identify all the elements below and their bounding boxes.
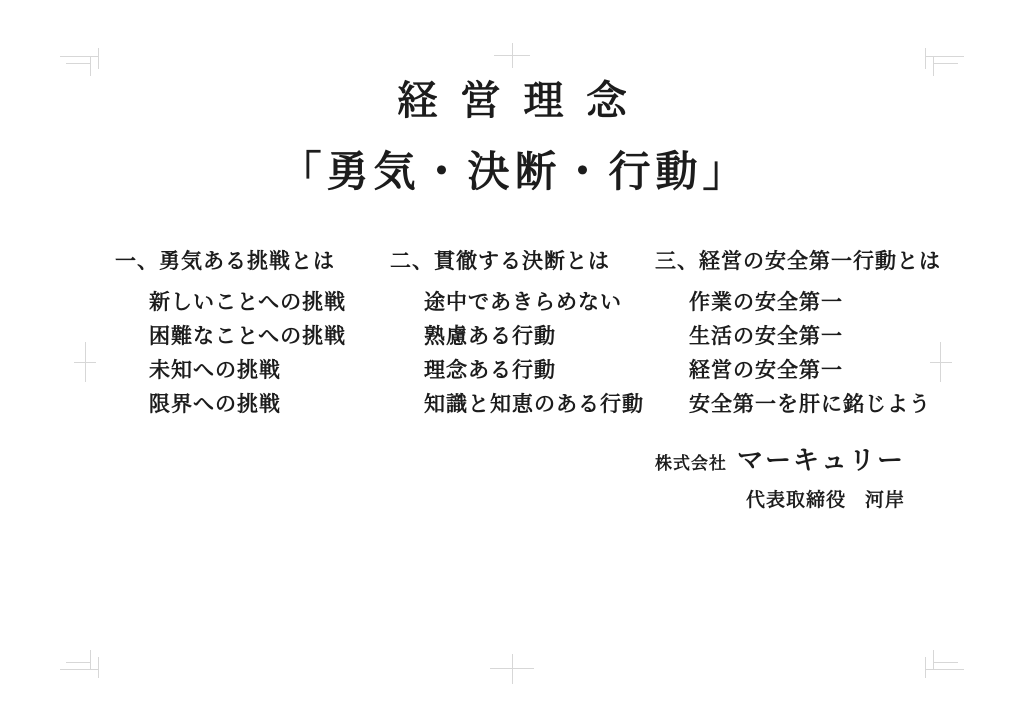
- section-number: 三、: [655, 249, 699, 273]
- section-item: 経営の安全第一: [655, 360, 941, 381]
- section-heading: 一、勇気ある挑戦とは: [115, 250, 346, 272]
- document-page: 経営理念 「勇気・決断・行動」 一、勇気ある挑戦とは 新しいことへの挑戦 困難な…: [0, 0, 1024, 724]
- section-courage: 一、勇気ある挑戦とは 新しいことへの挑戦 困難なことへの挑戦 未知への挑戦 限界…: [115, 250, 346, 415]
- section-item: 限界への挑戦: [115, 394, 346, 415]
- trim-mark-left-center: [74, 342, 98, 382]
- section-item: 理念ある行動: [390, 360, 644, 381]
- company-name: マーキュリー: [737, 440, 905, 477]
- section-item: 途中であきらめない: [390, 292, 644, 313]
- section-decision: 二、貫徹する決断とは 途中であきらめない 熟慮ある行動 理念ある行動 知識と知恵…: [390, 250, 644, 415]
- representative-name: 河岸: [865, 490, 905, 511]
- section-number: 一、: [115, 249, 159, 273]
- motto-line: 「勇気・決断・行動」: [0, 146, 1024, 200]
- trim-mark-bottom-left: [60, 650, 100, 678]
- company-prefix: 株式会社: [655, 449, 727, 474]
- trim-mark-bottom-right: [924, 650, 964, 678]
- section-safety: 三、経営の安全第一行動とは 作業の安全第一 生活の安全第一 経営の安全第一 安全…: [655, 250, 941, 415]
- section-heading-text: 貫徹する決断とは: [434, 249, 610, 273]
- section-heading: 三、経営の安全第一行動とは: [655, 250, 941, 272]
- section-heading-text: 経営の安全第一行動とは: [699, 249, 941, 273]
- trim-mark-bottom-center: [490, 654, 534, 684]
- company-line: 株式会社 マーキュリー: [655, 440, 905, 477]
- section-item: 未知への挑戦: [115, 360, 346, 381]
- section-number: 二、: [390, 249, 434, 273]
- section-item: 作業の安全第一: [655, 292, 941, 313]
- section-item: 知識と知恵のある行動: [390, 394, 644, 415]
- section-heading-text: 勇気ある挑戦とは: [159, 249, 335, 273]
- trim-mark-top-center: [494, 43, 530, 68]
- representative-title: 代表取締役: [746, 490, 846, 511]
- section-item: 新しいことへの挑戦: [115, 292, 346, 313]
- section-item: 生活の安全第一: [655, 326, 941, 347]
- page-title: 経営理念: [0, 78, 1024, 124]
- signature-block: 株式会社 マーキュリー 代表取締役河岸: [655, 440, 905, 512]
- trim-mark-top-left: [60, 48, 100, 76]
- trim-mark-top-right: [924, 48, 964, 76]
- section-item: 安全第一を肝に銘じよう: [655, 394, 941, 415]
- representative-line: 代表取締役河岸: [655, 485, 905, 512]
- section-item: 困難なことへの挑戦: [115, 326, 346, 347]
- section-item: 熟慮ある行動: [390, 326, 644, 347]
- trim-mark-right-center: [928, 342, 952, 382]
- section-heading: 二、貫徹する決断とは: [390, 250, 644, 272]
